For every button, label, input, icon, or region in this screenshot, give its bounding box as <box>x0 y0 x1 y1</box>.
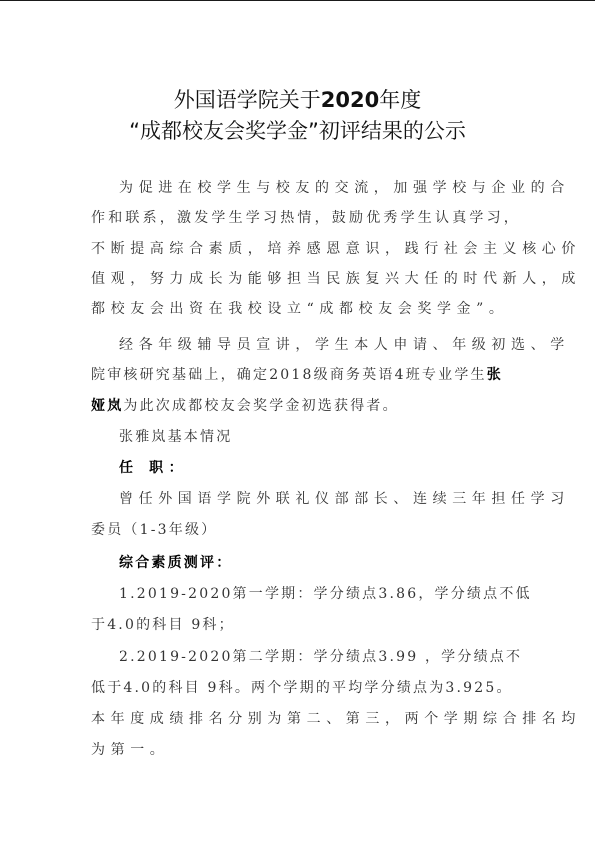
document-title-line-2: “成都校友会奖学金”初评结果的公示 <box>0 115 595 145</box>
evaluation-item-1-line-1: 1.2019-2020第一学期：学分绩点3.86，学分绩点不低 <box>91 584 511 604</box>
paragraph-2-line-2: 院审核研究基础上，确定2018级商务英语4班专业学生张 <box>91 365 511 385</box>
evaluation-item-2-line-1: 2.2019-2020第二学期：学分绩点3.99 ，学分绩点不 <box>91 647 511 667</box>
basic-info-heading: 张雅岚基本情况 <box>91 427 511 447</box>
paragraph-1-line-4: 值观，努力成长为能够担当民族复兴大任的时代新人，成 <box>91 269 511 289</box>
recipient-name-part-2: 娅岚 <box>91 398 123 414</box>
evaluation-item-2-line-2: 低于4.0的科目 9科。两个学期的平均学分绩点为3.925。 <box>91 678 511 698</box>
position-line-2: 委员（1-3年级） <box>91 520 511 540</box>
evaluation-item-2-line-4: 为第一。 <box>91 740 511 760</box>
paragraph-1-line-1: 为促进在校学生与校友的交流，加强学校与企业的合 <box>91 178 511 198</box>
paragraph-1-line-5: 都校友会出资在我校设立“成都校友会奖学金”。 <box>91 299 511 319</box>
recipient-name-part-1: 张 <box>487 367 503 383</box>
evaluation-item-1-line-2: 于4.0的科目 9科； <box>91 615 511 635</box>
position-line-1: 曾任外国语学院外联礼仪部部长、连续三年担任学习 <box>91 489 511 509</box>
document-title-line-1: 外国语学院关于2020年度 <box>0 84 595 114</box>
paragraph-1-line-3: 不断提高综合素质，培养感恩意识，践行社会主义核心价 <box>91 239 511 259</box>
title-prefix: 外国语学院关于 <box>174 88 321 112</box>
paragraph-2-line-1: 经各年级辅导员宣讲，学生本人申请、年级初选、学 <box>91 335 511 355</box>
position-heading: 任 职： <box>91 458 511 478</box>
top-border-line <box>0 0 595 1</box>
evaluation-item-2-line-3: 本年度成绩排名分别为第二、第三，两个学期综合排名均 <box>91 709 511 729</box>
evaluation-heading: 综合素质测评： <box>91 553 511 573</box>
title-suffix: 年度 <box>379 88 421 112</box>
paragraph-1-line-2: 作和联系，激发学生学习热情，鼓励优秀学生认真学习， <box>91 208 511 228</box>
title-year: 2020 <box>321 88 379 112</box>
paragraph-2-line-2-text: 院审核研究基础上，确定2018级商务英语4班专业学生 <box>91 367 487 383</box>
paragraph-2-line-3-text: 为此次成都校友会奖学金初选获得者。 <box>123 398 398 414</box>
paragraph-2-line-3: 娅岚为此次成都校友会奖学金初选获得者。 <box>91 396 511 416</box>
